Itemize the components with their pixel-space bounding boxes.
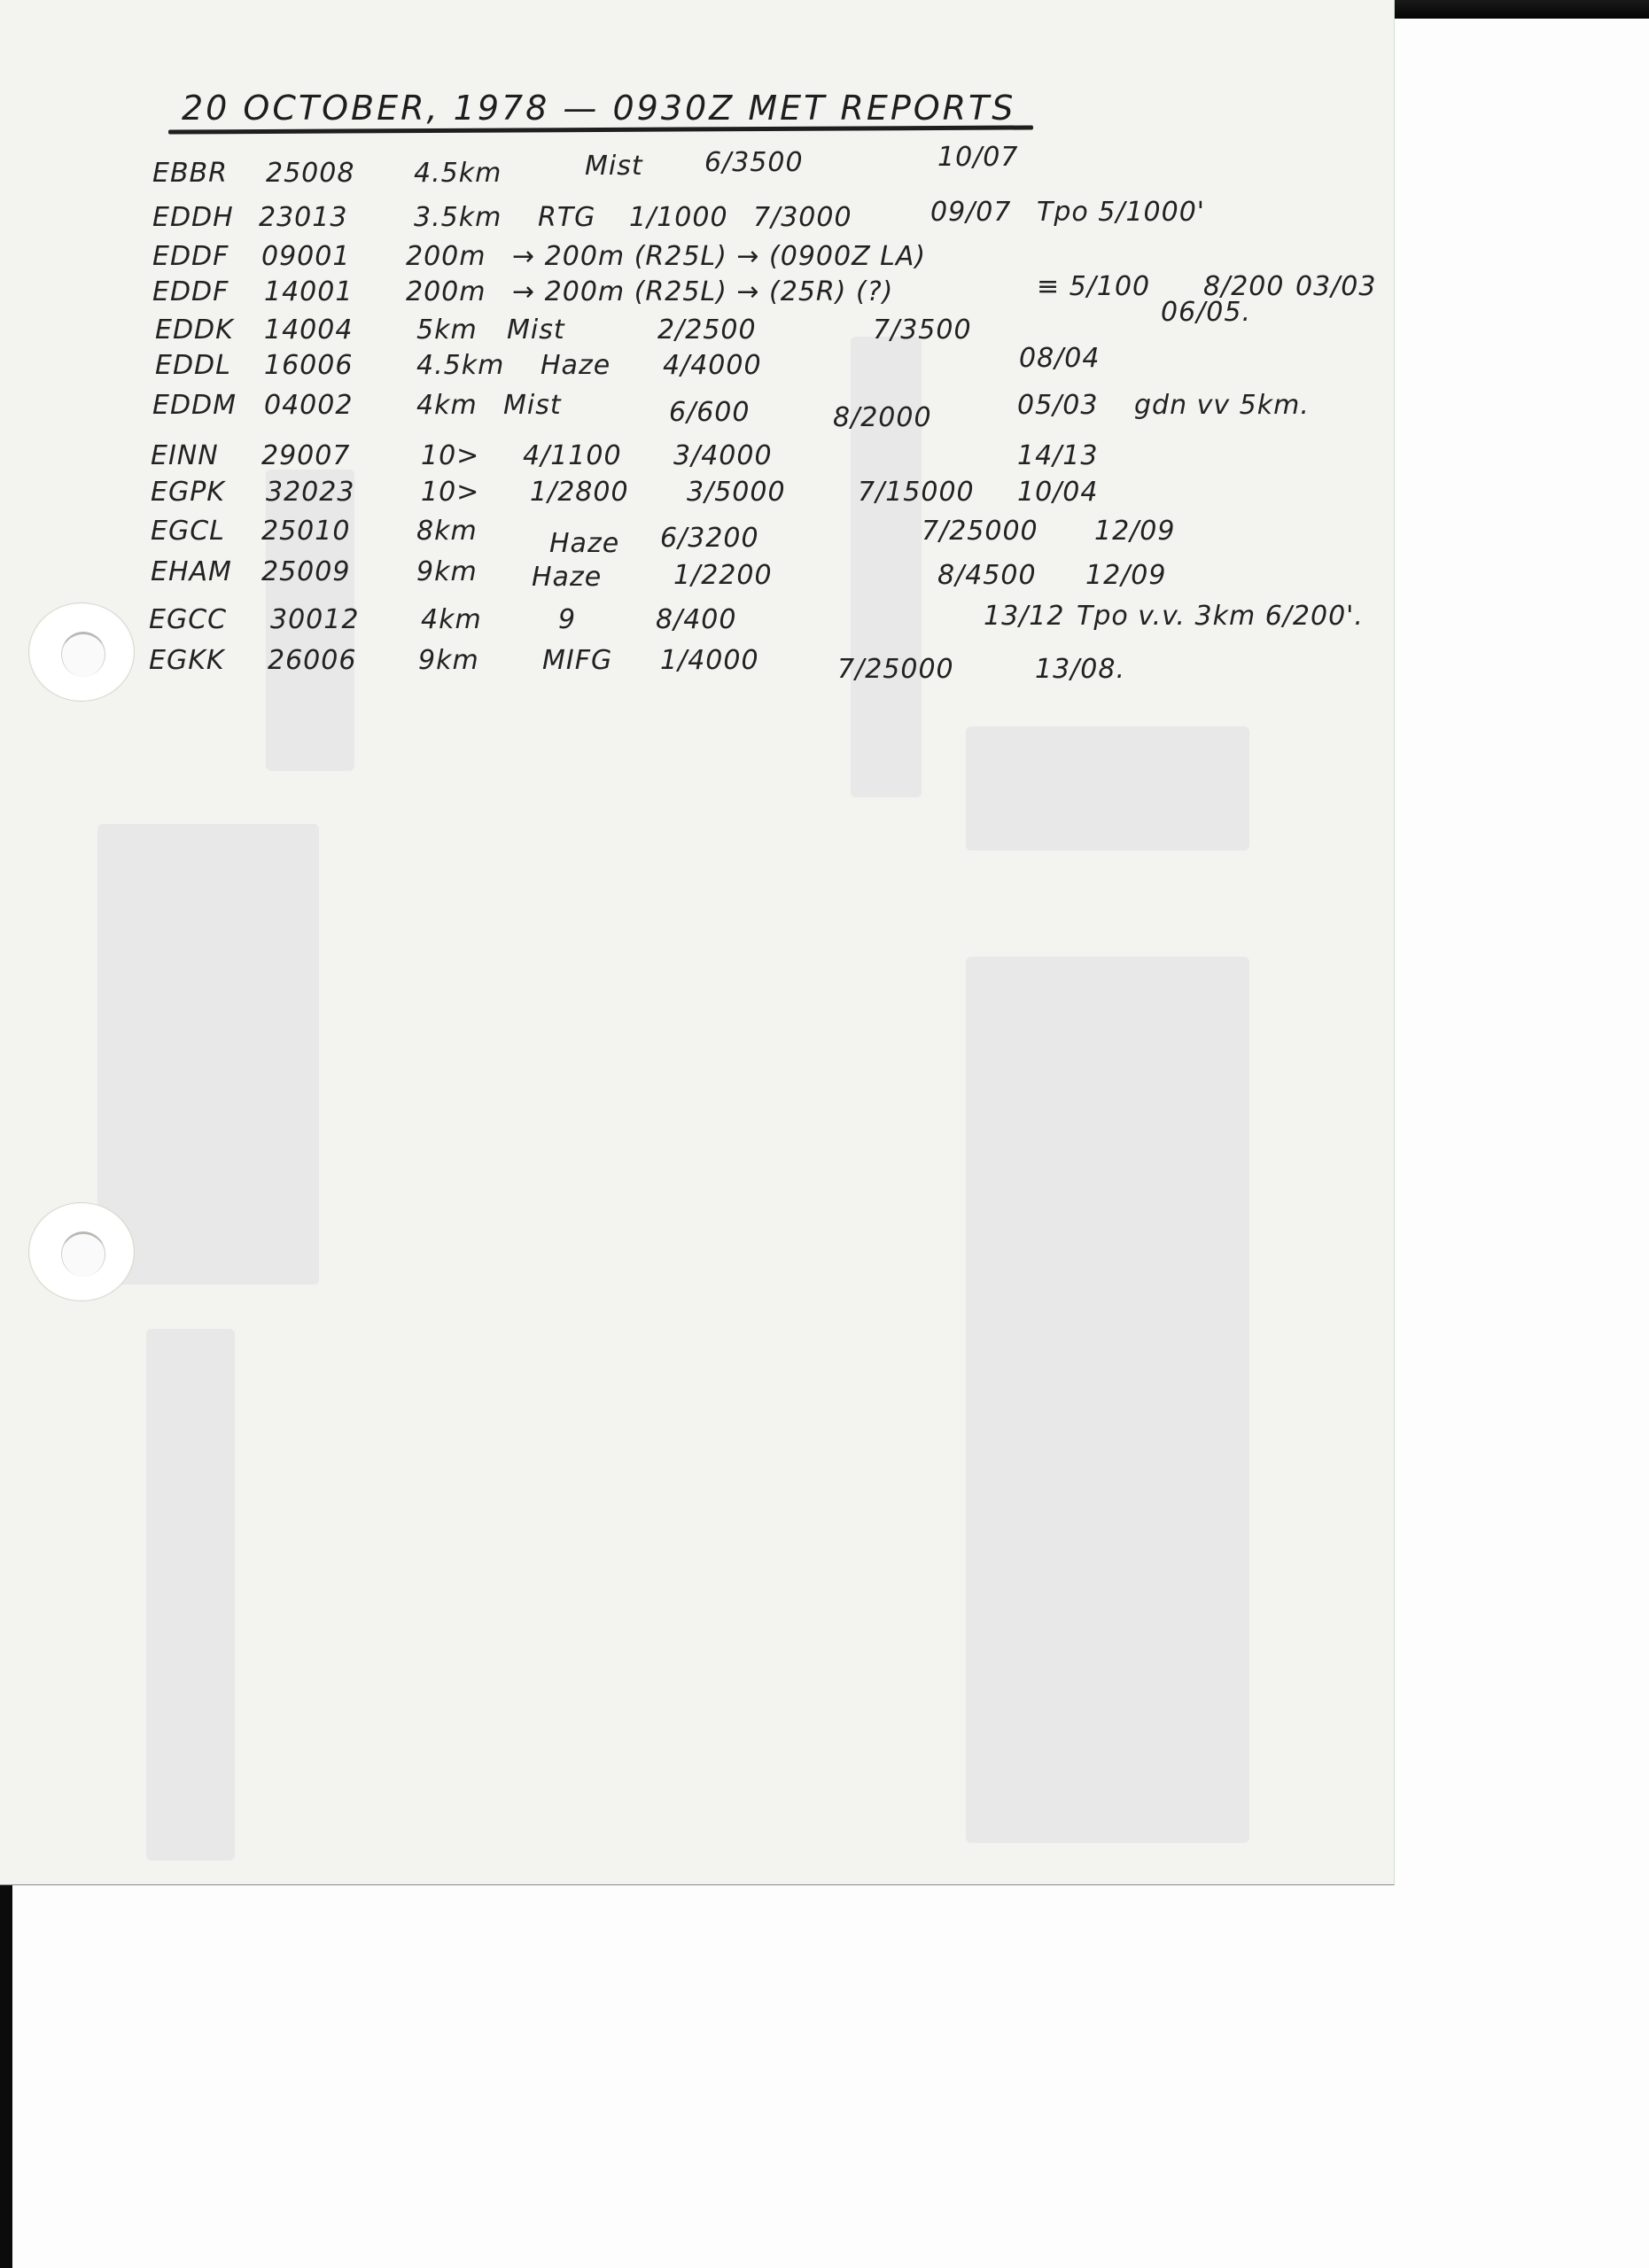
show-through-mark (97, 824, 319, 1285)
cloud-1: 6/3200 (660, 523, 759, 554)
wind: 04002 (264, 390, 353, 421)
station-code: EHAM (151, 556, 232, 587)
temp-dewpoint: 14/13 (1017, 440, 1098, 471)
temp-dewpoint: 12/09 (1085, 560, 1166, 591)
scanner-edge-left (0, 1884, 12, 2268)
temp-dewpoint: 10/07 (937, 142, 1018, 173)
station-code: EGKK (149, 645, 225, 676)
station-code: EDDF (152, 241, 229, 272)
cloud-1: 1/4000 (660, 645, 759, 676)
wind: 25008 (266, 158, 354, 189)
page-title: 20 OCTOBER, 1978 — 0930Z MET REPORTS (182, 89, 1015, 128)
scanner-edge-top (1393, 0, 1649, 19)
wind: 23013 (259, 202, 347, 233)
rvr-note: → 200m (R25L) → (0900Z LA) (512, 241, 926, 272)
visibility: 200m (406, 276, 486, 307)
met-report-row: EGCC 30012 4km 9 8/400 13/12 Tpo v.v. 3k… (0, 604, 1394, 640)
remarks: gdn vv 5km. (1134, 390, 1310, 421)
weather: 9 (558, 604, 576, 635)
met-report-row: EGCL 25010 8km Haze 6/3200 7/25000 12/09 (0, 516, 1394, 551)
weather: Haze (541, 350, 611, 381)
station-code: EGCC (149, 604, 227, 635)
met-report-row: EINN 29007 10> 4/1100 3/4000 14/13 (0, 440, 1394, 476)
station-code: EDDL (155, 350, 231, 381)
temp-dewpoint: 12/09 (1094, 516, 1175, 547)
weather: Haze (549, 528, 619, 559)
visibility: 200m (406, 241, 486, 272)
wind: 25009 (261, 556, 350, 587)
visibility: 9km (416, 556, 478, 587)
cloud-2: 8/4500 (937, 560, 1037, 591)
wind: 26006 (268, 645, 356, 676)
cloud-1: 1/2800 (530, 477, 629, 508)
wind: 14001 (264, 276, 353, 307)
cloud-3: 7/15000 (858, 477, 975, 508)
met-report-row: EDDH 23013 3.5km RTG 1/1000 7/3000 09/07… (0, 202, 1394, 237)
temp-dewpoint: 05/03 (1017, 390, 1098, 421)
visibility: 8km (416, 516, 478, 547)
cloud-2: 3/4000 (673, 440, 773, 471)
cloud-1: 1/1000 (629, 202, 728, 233)
wind: 30012 (270, 604, 359, 635)
temp-dewpoint: 13/08. (1035, 654, 1125, 685)
met-report-row: EDDF 09001 200m → 200m (R25L) → (0900Z L… (0, 241, 1394, 276)
visibility: 9km (418, 645, 479, 676)
met-report-row: EGPK 32023 10> 1/2800 3/5000 7/15000 10/… (0, 477, 1394, 512)
show-through-mark (966, 726, 1249, 850)
station-code: EINN (151, 440, 219, 471)
handwritten-page: 20 OCTOBER, 1978 — 0930Z MET REPORTS EBB… (0, 0, 1395, 1885)
weather: Mist (585, 151, 643, 182)
temp-dewpoint: 13/12 (984, 601, 1064, 632)
wind: 32023 (266, 477, 354, 508)
station-code: EGPK (151, 477, 225, 508)
visibility: 10> (421, 440, 479, 471)
remarks: Tpo v.v. 3km 6/200'. (1077, 601, 1364, 632)
weather: MIFG (542, 645, 612, 676)
visibility: 4km (421, 604, 482, 635)
temp-dewpoint: 10/04 (1017, 477, 1098, 508)
cloud-2: 8/2000 (833, 402, 932, 433)
wind: 16006 (264, 350, 353, 381)
wind: 29007 (261, 440, 350, 471)
station-code: EDDM (152, 390, 237, 421)
visibility: 5km (416, 315, 478, 346)
cloud-1: 6/600 (669, 397, 750, 428)
temp-dewpoint: 06/05. (1161, 297, 1251, 328)
met-report-row: EDDM 04002 4km Mist 6/600 8/2000 05/03 g… (0, 390, 1394, 425)
cloud-1: 4/4000 (663, 350, 762, 381)
cloud-1: 1/2200 (673, 560, 773, 591)
temp-dewpoint: 09/07 (930, 197, 1011, 228)
station-code: EGCL (151, 516, 225, 547)
cloud-2: 3/5000 (687, 477, 786, 508)
visibility: 10> (421, 477, 479, 508)
visibility: 4.5km (416, 350, 504, 381)
station-code: EDDH (152, 202, 234, 233)
cloud-2: 7/3500 (873, 315, 972, 346)
cloud-2: 7/3000 (753, 202, 852, 233)
weather: Haze (532, 562, 602, 593)
rvr-note: → 200m (R25L) → (25R) (?) (512, 276, 893, 307)
met-report-row: EDDK 14004 5km Mist 2/2500 7/3500 06/05. (0, 315, 1394, 350)
cloud-2: 7/25000 (922, 516, 1038, 547)
show-through-mark (146, 1329, 235, 1860)
cloud-1: ≡ 5/100 (1037, 271, 1150, 302)
cloud-1: 8/400 (656, 604, 736, 635)
cloud-1: 2/2500 (657, 315, 757, 346)
met-report-row: EHAM 25009 9km Haze 1/2200 8/4500 12/09 (0, 556, 1394, 592)
punch-hole-reinforcement-icon (28, 1202, 135, 1301)
station-code: EDDK (155, 315, 234, 346)
met-report-row: EGKK 26006 9km MIFG 1/4000 7/25000 13/08… (0, 645, 1394, 680)
visibility: 4.5km (414, 158, 502, 189)
wind: 09001 (261, 241, 350, 272)
met-report-row: EDDL 16006 4.5km Haze 4/4000 08/04 (0, 350, 1394, 385)
temp-dewpoint: 03/03 (1295, 271, 1376, 302)
met-report-row: EBBR 25008 4.5km Mist 6/3500 10/07 (0, 158, 1394, 193)
station-code: EBBR (152, 158, 228, 189)
weather: Mist (507, 315, 565, 346)
cloud-1: 6/3500 (704, 147, 804, 178)
show-through-mark (966, 957, 1249, 1843)
weather: RTG (538, 202, 595, 233)
remarks: Tpo 5/1000' (1037, 197, 1205, 228)
wind: 14004 (264, 315, 353, 346)
visibility: 3.5km (414, 202, 502, 233)
station-code: EDDF (152, 276, 229, 307)
cloud-1: 4/1100 (523, 440, 622, 471)
temp-dewpoint: 08/04 (1019, 343, 1100, 374)
weather: Mist (503, 390, 562, 421)
visibility: 4km (416, 390, 478, 421)
cloud-2: 7/25000 (837, 654, 954, 685)
wind: 25010 (261, 516, 350, 547)
